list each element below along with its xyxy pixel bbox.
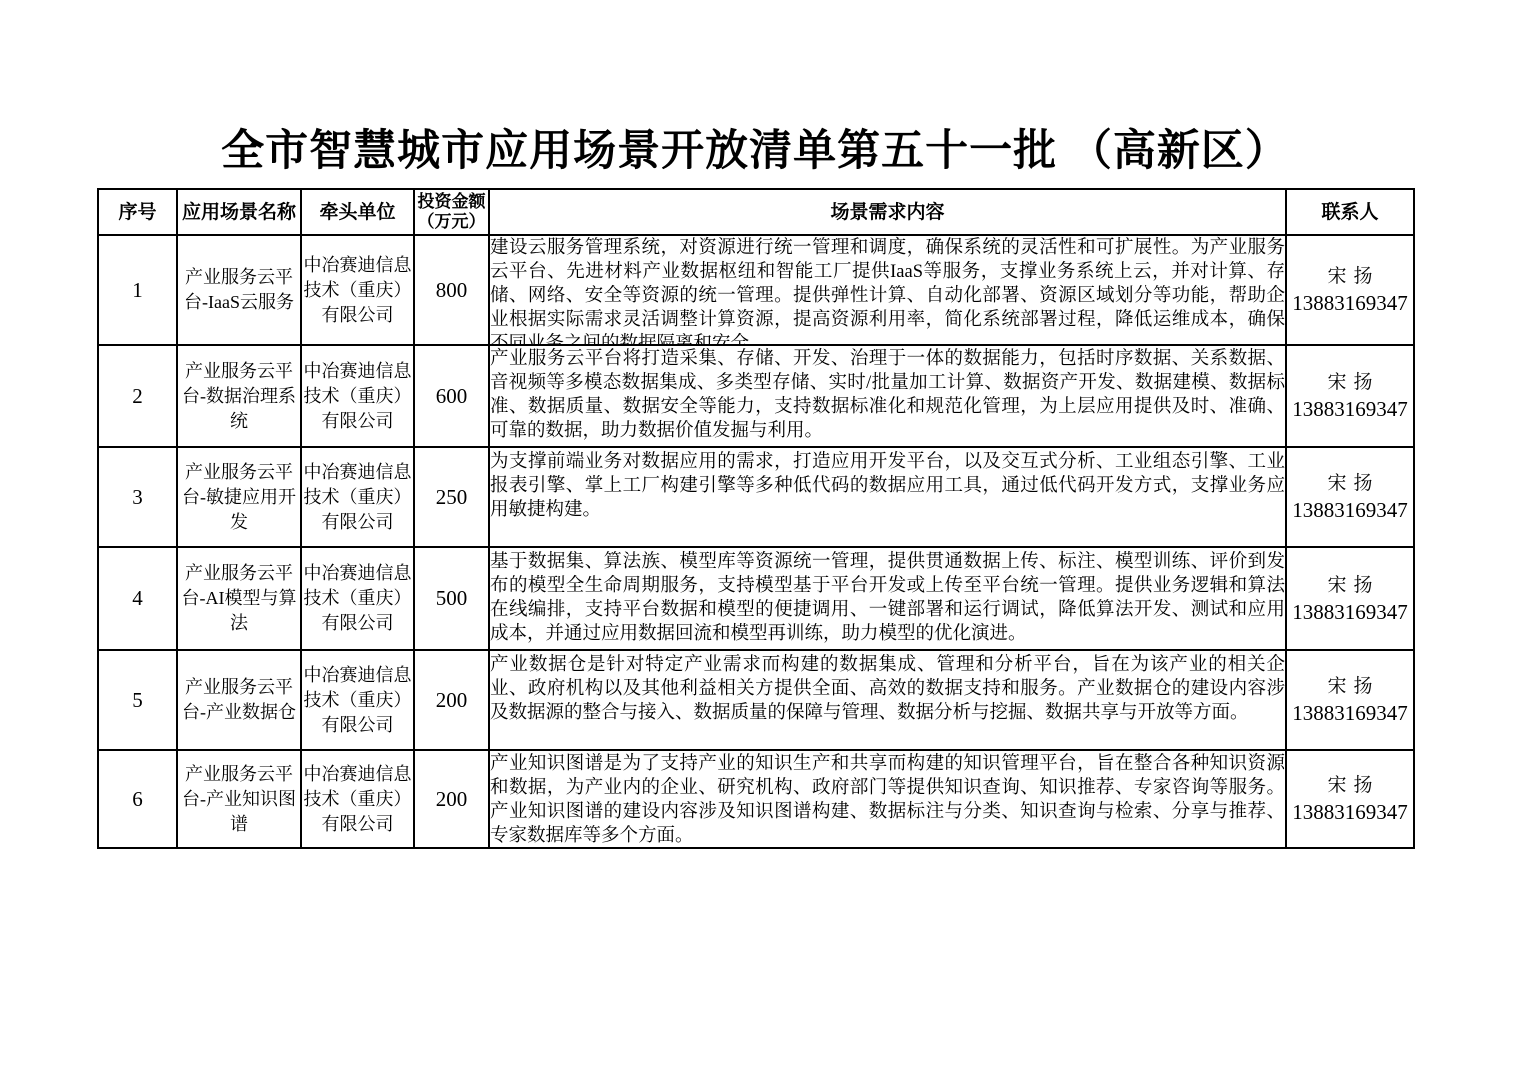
contact-name: 宋扬 <box>1287 471 1413 497</box>
contact-phone: 13883169347 <box>1287 799 1413 825</box>
header-scenario-name: 应用场景名称 <box>177 189 301 235</box>
scenario-name: 产业服务云平台-产业知识图谱 <box>177 750 301 848</box>
contact-phone: 13883169347 <box>1287 396 1413 422</box>
investment-amount: 500 <box>414 547 489 650</box>
header-investment-line2: （万元） <box>415 212 488 232</box>
row-index: 2 <box>98 345 177 447</box>
contact-phone: 13883169347 <box>1287 700 1413 726</box>
header-investment-line1: 投资金额 <box>415 192 488 212</box>
header-lead-unit: 牵头单位 <box>301 189 414 235</box>
scenario-name: 产业服务云平台-IaaS云服务 <box>177 235 301 345</box>
lead-unit: 中冶赛迪信息技术（重庆）有限公司 <box>301 447 414 547</box>
scenario-content-text: 产业服务云平台将打造采集、存储、开发、治理于一体的数据能力，包括时序数据、关系数… <box>490 347 1285 445</box>
row-index: 4 <box>98 547 177 650</box>
investment-amount: 600 <box>414 345 489 447</box>
table-row: 5 产业服务云平台-产业数据仓 中冶赛迪信息技术（重庆）有限公司 200 产业数… <box>98 650 1414 750</box>
investment-amount: 200 <box>414 750 489 848</box>
contact-name: 宋扬 <box>1287 573 1413 599</box>
row-index: 1 <box>98 235 177 345</box>
table-header-row: 序号 应用场景名称 牵头单位 投资金额 （万元） 场景需求内容 联系人 <box>98 189 1414 235</box>
contact-phone: 13883169347 <box>1287 497 1413 523</box>
scenario-content-text: 为支撑前端业务对数据应用的需求，打造应用开发平台，以及交互式分析、工业组态引擎、… <box>490 450 1285 544</box>
row-index: 3 <box>98 447 177 547</box>
lead-unit: 中冶赛迪信息技术（重庆）有限公司 <box>301 235 414 345</box>
contact-phone: 13883169347 <box>1287 599 1413 625</box>
scenario-content-cell: 为支撑前端业务对数据应用的需求，打造应用开发平台，以及交互式分析、工业组态引擎、… <box>489 447 1286 547</box>
row-index: 5 <box>98 650 177 750</box>
table-row: 3 产业服务云平台-敏捷应用开发 中冶赛迪信息技术（重庆）有限公司 250 为支… <box>98 447 1414 547</box>
scenario-name: 产业服务云平台-敏捷应用开发 <box>177 447 301 547</box>
lead-unit: 中冶赛迪信息技术（重庆）有限公司 <box>301 750 414 848</box>
contact-cell: 宋扬 13883169347 <box>1286 447 1414 547</box>
scenario-content-cell: 基于数据集、算法族、模型库等资源统一管理，提供贯通数据上传、标注、模型训练、评价… <box>489 547 1286 650</box>
scenario-content-cell: 产业数据仓是针对特定产业需求而构建的数据集成、管理和分析平台，旨在为该产业的相关… <box>489 650 1286 750</box>
table-row: 4 产业服务云平台-AI模型与算法 中冶赛迪信息技术（重庆）有限公司 500 基… <box>98 547 1414 650</box>
contact-name: 宋扬 <box>1287 370 1413 396</box>
scenario-content-cell: 产业服务云平台将打造采集、存储、开发、治理于一体的数据能力，包括时序数据、关系数… <box>489 345 1286 447</box>
contact-phone: 13883169347 <box>1287 290 1413 316</box>
scenario-content-text: 产业知识图谱是为了支持产业的知识生产和共享而构建的知识管理平台，旨在整合各种知识… <box>490 752 1285 846</box>
contact-cell: 宋扬 13883169347 <box>1286 650 1414 750</box>
contact-cell: 宋扬 13883169347 <box>1286 750 1414 848</box>
scenario-content-text: 产业数据仓是针对特定产业需求而构建的数据集成、管理和分析平台，旨在为该产业的相关… <box>490 653 1285 747</box>
scenario-content-cell: 建设云服务管理系统，对资源进行统一管理和调度，确保系统的灵活性和可扩展性。为产业… <box>489 235 1286 345</box>
investment-amount: 800 <box>414 235 489 345</box>
contact-cell: 宋扬 13883169347 <box>1286 547 1414 650</box>
contact-cell: 宋扬 13883169347 <box>1286 345 1414 447</box>
scenario-name: 产业服务云平台-AI模型与算法 <box>177 547 301 650</box>
scenario-content-text: 基于数据集、算法族、模型库等资源统一管理，提供贯通数据上传、标注、模型训练、评价… <box>490 550 1285 648</box>
investment-amount: 250 <box>414 447 489 547</box>
scenario-table: 序号 应用场景名称 牵头单位 投资金额 （万元） 场景需求内容 联系人 1 产业… <box>97 188 1415 849</box>
header-contact: 联系人 <box>1286 189 1414 235</box>
investment-amount: 200 <box>414 650 489 750</box>
table-row: 2 产业服务云平台-数据治理系统 中冶赛迪信息技术（重庆）有限公司 600 产业… <box>98 345 1414 447</box>
table-row: 1 产业服务云平台-IaaS云服务 中冶赛迪信息技术（重庆）有限公司 800 建… <box>98 235 1414 345</box>
scenario-name: 产业服务云平台-数据治理系统 <box>177 345 301 447</box>
scenario-content-cell: 产业知识图谱是为了支持产业的知识生产和共享而构建的知识管理平台，旨在整合各种知识… <box>489 750 1286 848</box>
header-investment: 投资金额 （万元） <box>414 189 489 235</box>
table-row: 6 产业服务云平台-产业知识图谱 中冶赛迪信息技术（重庆）有限公司 200 产业… <box>98 750 1414 848</box>
contact-cell: 宋扬 13883169347 <box>1286 235 1414 345</box>
scenario-name: 产业服务云平台-产业数据仓 <box>177 650 301 750</box>
contact-name: 宋扬 <box>1287 773 1413 799</box>
scenario-content-text: 建设云服务管理系统，对资源进行统一管理和调度，确保系统的灵活性和可扩展性。为产业… <box>490 236 1285 344</box>
contact-name: 宋扬 <box>1287 264 1413 290</box>
page-title: 全市智慧城市应用场景开放清单第五十一批 （高新区） <box>97 124 1413 180</box>
header-scenario-content: 场景需求内容 <box>489 189 1286 235</box>
header-index: 序号 <box>98 189 177 235</box>
document-sheet: 全市智慧城市应用场景开放清单第五十一批 （高新区） 序号 应用场景名称 牵头单位… <box>97 0 1413 849</box>
contact-name: 宋扬 <box>1287 674 1413 700</box>
row-index: 6 <box>98 750 177 848</box>
lead-unit: 中冶赛迪信息技术（重庆）有限公司 <box>301 650 414 750</box>
lead-unit: 中冶赛迪信息技术（重庆）有限公司 <box>301 345 414 447</box>
lead-unit: 中冶赛迪信息技术（重庆）有限公司 <box>301 547 414 650</box>
